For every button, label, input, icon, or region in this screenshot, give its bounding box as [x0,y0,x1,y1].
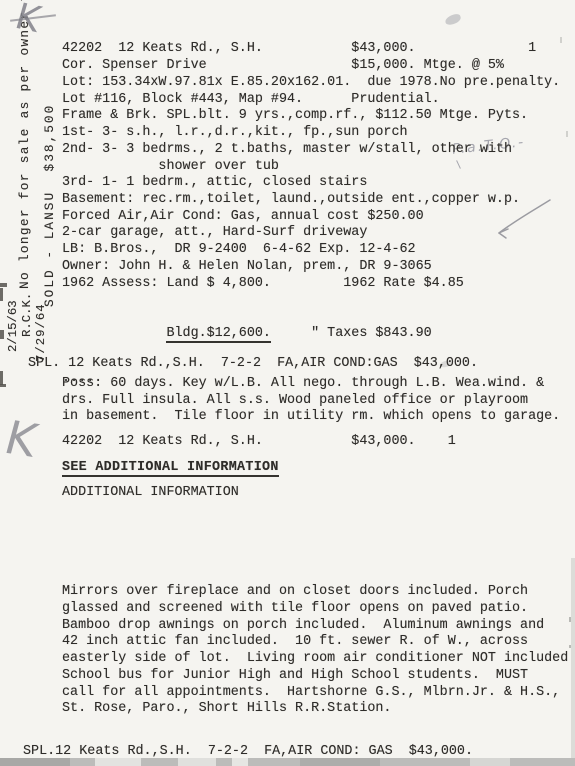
listing-line: shower over tub [62,159,560,176]
scanned-listing-card: No longer for sale as per owner t SOLD -… [0,0,575,766]
additional-info-block: 42202 12 Keats Rd., S.H. $43,000. 1 ADDI… [62,401,575,752]
additional-info-lines: Mirrors over fireplace and on closet doo… [62,584,575,718]
scan-edge-right [571,558,575,766]
spacer [62,535,575,551]
margin-date-2: 7/29/64 [33,303,50,362]
assessment-bldg-line: Bldg.$12,600. " Taxes $843.90 [62,326,560,343]
scan-edge-bottom [0,758,575,766]
listing-line: Basement: rec.rm.,toilet, laund.,outside… [62,192,560,209]
assess-taxes: " Taxes $843.90 [271,326,432,341]
scan-speck [569,617,571,622]
scan-edge-mark [0,288,3,301]
scan-edge-mark [0,283,7,287]
listing-line: Lot: 153.34xW.97.81x E.85.20x162.01. due… [62,75,560,92]
listing-line: Lot #116, Block #443, Map #94. Prudentia… [62,92,560,109]
listing-line: 1962 Assess: Land $ 4,800. 1962 Rate $4.… [62,276,560,293]
listing-line: 1st- 3- s.h., l.r.,d.r.,kit., fp.,sun po… [62,125,560,142]
scan-edge-patch [300,758,380,766]
scan-speck [569,645,571,648]
margin-note-no-longer-for-sale: No longer for sale as per owner t [17,0,34,289]
listing-line: 2nd- 3- 3 bedrms., 2 t.baths, master w/s… [62,142,560,159]
scan-edge-patch [95,758,141,766]
listing-line: Forced Air,Air Cond: Gas, annual cost $2… [62,209,560,226]
assess-bldg-value: Bldg.$12,600. [166,326,270,343]
additional-info-line: 42 inch attic fan included. 10 ft. sewer… [62,634,575,651]
scan-edge-patch [232,758,248,766]
additional-info-line: call for all appointments. Hartshorne G.… [62,685,575,702]
listing-line: 42202 12 Keats Rd., S.H. $43,000. 1 [62,41,560,58]
additional-info-line: easterly side of lot. Living room air co… [62,651,575,668]
listing-line: Cor. Spenser Drive $15,000. Mtge. @ 5% [62,58,560,75]
scan-edge-mark [0,384,6,387]
handwritten-k-mark-mid: K [0,410,43,467]
listing-line: Frame & Brk. SPL.blt. 9 yrs.,comp.rf., $… [62,108,560,125]
additional-info-line: Mirrors over fireplace and on closet doo… [62,584,575,601]
additional-info-line: St. Rose, Paro., Short Hills R.R.Station… [62,701,575,718]
scan-edge-mark [0,330,4,339]
additional-info-line: School bus for Junior High and High Scho… [62,668,575,685]
assess-indent [62,326,166,341]
additional-info-line: Bamboo drop awnings on porch included. A… [62,618,575,635]
additional-info-line: glassed and screened with tile floor ope… [62,601,575,618]
additional-info-title: ADDITIONAL INFORMATION [62,485,575,502]
separator-dots: ..... [62,371,102,388]
margin-note-sold: SOLD - LANSU $38,500 [42,104,59,307]
additional-header-line: 42202 12 Keats Rd., S.H. $43,000. 1 [62,434,575,451]
listing-line: LB: B.Bros., DR 9-2400 6-4-62 Exp. 12-4-… [62,242,560,259]
listing-line: 3rd- 1- 1 bedrm., attic, closed stairs [62,175,560,192]
listing-line: 2-car garage, att., Hard-Surf driveway [62,225,560,242]
listing-line: Owner: John H. & Helen Nolan, prem., DR … [62,259,560,276]
scan-speck [560,37,562,43]
scan-edge-mark [0,371,3,385]
remarks-line: Poss. 60 days. Key w/L.B. All nego. thro… [62,376,560,393]
scan-edge-patch [0,758,70,766]
scan-speck [566,131,568,137]
scan-edge-patch [470,758,510,766]
scan-edge-patch [178,758,216,766]
listing-lines: 42202 12 Keats Rd., S.H. $43,000. 1Cor. … [62,41,560,292]
